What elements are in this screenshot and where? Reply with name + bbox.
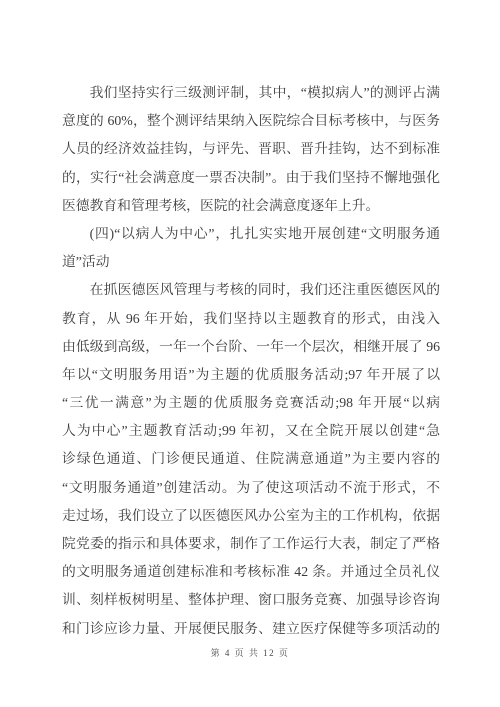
text-line: “文明服务通道”创建活动。为了使这项活动不流于形式，不 xyxy=(62,474,440,502)
text-line: 的，实行“社会满意度一票否决制”。由于我们坚持不懈地强化 xyxy=(62,164,440,192)
text-line: 医德教育和管理考核，医院的社会满意度逐年上升。 xyxy=(62,192,440,220)
text-line: 人为中心”主题教育活动;99 年初，又在全院开展以创建“急 xyxy=(62,417,440,445)
text-line: 人员的经济效益挂钩，与评先、晋职、晋升挂钩，达不到标准 xyxy=(62,135,440,163)
text-line: “三优一满意”为主题的优质服务竞赛活动;98 年开展“以病 xyxy=(62,389,440,417)
text-line: 我们坚持实行三级测评制，其中，“模拟病人”的测评占满 xyxy=(62,79,440,107)
text-line: 和门诊应诊力量、开展便民服务、建立医疗保健等多项活动的 xyxy=(62,615,440,643)
text-line: 年以“文明服务用语”为主题的优质服务活动;97 年开展了以 xyxy=(62,361,440,389)
text-line: 在抓医德医风管理与考核的同时，我们还注重医德医风的 xyxy=(62,276,440,304)
text-line: 由低级到高级，一年一个台阶、一年一个层次，相继开展了 96 xyxy=(62,333,440,361)
text-line: 院党委的指示和具体要求，制作了工作运行大表，制定了严格 xyxy=(62,530,440,558)
text-line: 的文明服务通道创建标准和考核标准 42 条。并通过全员礼仪培 xyxy=(62,558,440,586)
text-line: 道”活动 xyxy=(62,248,440,276)
text-line: 训、刻样板树明星、整体护理、窗口服务竞赛、加强导诊咨询 xyxy=(62,586,440,614)
text-line: (四)“以病人为中心”，扎扎实实地开展创建“文明服务通 xyxy=(62,220,440,248)
text-line: 诊绿色通道、门诊便民通道、住院满意通道”为主要内容的 xyxy=(62,445,440,473)
text-line: 意度的 60%，整个测评结果纳入医院综合目标考核中，与医务 xyxy=(62,107,440,135)
document-text-block: 我们坚持实行三级测评制，其中，“模拟病人”的测评占满意度的 60%，整个测评结果… xyxy=(62,79,440,643)
text-line: 教育，从 96 年开始，我们坚持以主题教育的形式，由浅入深， xyxy=(62,305,440,333)
document-page: 我们坚持实行三级测评制，其中，“模拟病人”的测评占满意度的 60%，整个测评结果… xyxy=(0,0,500,707)
text-line: 走过场，我们设立了以医德医风办公室为主的工作机构，依据 xyxy=(62,502,440,530)
page-number-footer: 第 4 页 共 12 页 xyxy=(0,646,500,659)
